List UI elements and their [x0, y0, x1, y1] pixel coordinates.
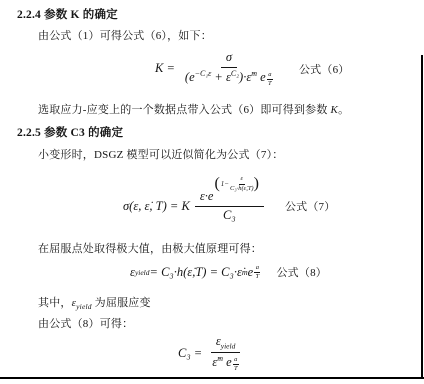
- formula-8: εyield = C₃·h(ε̇,T) = C₃·ε̇m eaT 公式（8）: [130, 264, 327, 281]
- f6-den-p2: + ε: [211, 70, 231, 84]
- formula-7: σ(ε, ε̇, T) = K ε·e(1−εC₃·h(ε̇,T)) C₃ 公式…: [123, 189, 335, 223]
- para-get-k-var: K: [331, 104, 339, 116]
- para-where-post: 为屈服应变: [92, 297, 151, 309]
- para-get-k-text: 选取应力-应变上的一个数据点带入公式（6）即可得到参数: [38, 104, 331, 116]
- f6-denominator: (e−C₁ε + εC₂)·ε̇m eaT: [180, 68, 278, 88]
- f7-exponent: (1−εC₃·h(ε̇,T)): [214, 179, 259, 189]
- f7-numerator: ε·e(1−εC₃·h(ε̇,T)): [195, 189, 264, 207]
- f7-num-base: ε·e: [200, 189, 214, 203]
- f6-lhs: K =: [155, 61, 175, 76]
- f8-exp-a: a: [254, 264, 260, 273]
- f7-fraction: ε·e(1−εC₃·h(ε̇,T)) C₃: [195, 189, 264, 223]
- para-get-k-period: 。: [338, 104, 349, 116]
- f7-exp-fraction: εC₃·h(ε̇,T): [230, 175, 254, 192]
- f6-numerator: σ: [221, 50, 237, 68]
- para-intro-formula7: 小变形时，DSGZ 模型可以近似简化为公式（7）：: [38, 146, 283, 162]
- f7-exp-one-minus: 1−: [221, 181, 229, 188]
- f9-lhs: C₃ =: [178, 346, 202, 361]
- page-right-border: [421, 55, 423, 379]
- f9-numerator: εyield: [211, 334, 241, 353]
- formula7-label: 公式（7）: [285, 198, 336, 214]
- f7-exp-frac-num: ε: [239, 175, 246, 184]
- para-where-yield: 其中，εyield 为屈服应变: [38, 294, 151, 311]
- f6-den-exp2: C₂: [231, 69, 239, 78]
- f8-exp-T: T: [256, 273, 260, 281]
- f8-mid: = C₃·h(ε̇,T) = C₃·ε̇: [150, 265, 242, 280]
- f6-den-p3: )·ε̇: [239, 70, 251, 84]
- formula8-label: 公式（8）: [276, 264, 327, 280]
- heading-225: 2.2.5 参数 C3 的确定: [17, 124, 123, 140]
- para-intro-formula6: 由公式（1）可得公式（6），如下：: [38, 27, 212, 43]
- f8-exp-aT: aT: [254, 264, 260, 281]
- para-where-pre: 其中，: [38, 297, 72, 309]
- f6-exp-aT: aT: [267, 71, 273, 88]
- formula-c3: C₃ = εyield ε̇m eaT: [178, 334, 249, 373]
- f9-denominator: ε̇m eaT: [207, 353, 244, 373]
- para-get-k: 选取应力-应变上的一个数据点带入公式（6）即可得到参数 K。: [38, 101, 349, 117]
- f9-fraction: εyield ε̇m eaT: [207, 334, 244, 373]
- page-bottom-border: [0, 377, 424, 379]
- para-from-formula8: 由公式（8）可得：: [38, 315, 133, 331]
- f9-num-sub: yield: [221, 342, 236, 351]
- f7-denominator: C₃: [218, 207, 241, 224]
- f9-exp-T: T: [234, 365, 238, 373]
- f6-den-exp1: −C₁ε: [195, 69, 212, 78]
- para-where-eps-sub: yield: [76, 302, 92, 311]
- f8-eps-sub: yield: [135, 268, 150, 277]
- f6-den-p1: (e: [185, 70, 195, 84]
- f6-den-p4: e: [257, 70, 266, 84]
- f6-exp-T: T: [268, 80, 272, 88]
- para-yield-point: 在屈服点处取得极大值，由极大值原理可得：: [38, 240, 262, 256]
- formula6-label: 公式（6）: [299, 61, 350, 77]
- f9-exp-aT: aT: [233, 356, 239, 373]
- formula-6: K = σ (e−C₁ε + εC₂)·ε̇m eaT 公式（6）: [155, 50, 349, 87]
- f8-e: e: [248, 265, 254, 280]
- f7-lhs: σ(ε, ε̇, T) = K: [123, 199, 190, 214]
- document-page: 2.2.4 参数 K 的确定 由公式（1）可得公式（6），如下： K = σ (…: [0, 0, 424, 384]
- f6-fraction: σ (e−C₁ε + εC₂)·ε̇m eaT: [180, 50, 278, 87]
- f9-den-p2: e: [223, 355, 232, 369]
- f7-exp-frac-den: C₃·h(ε̇,T): [230, 185, 254, 193]
- f6-exp-a: a: [267, 71, 273, 80]
- f9-exp-a: a: [233, 356, 239, 365]
- heading-224: 2.2.4 参数 K 的确定: [17, 6, 118, 22]
